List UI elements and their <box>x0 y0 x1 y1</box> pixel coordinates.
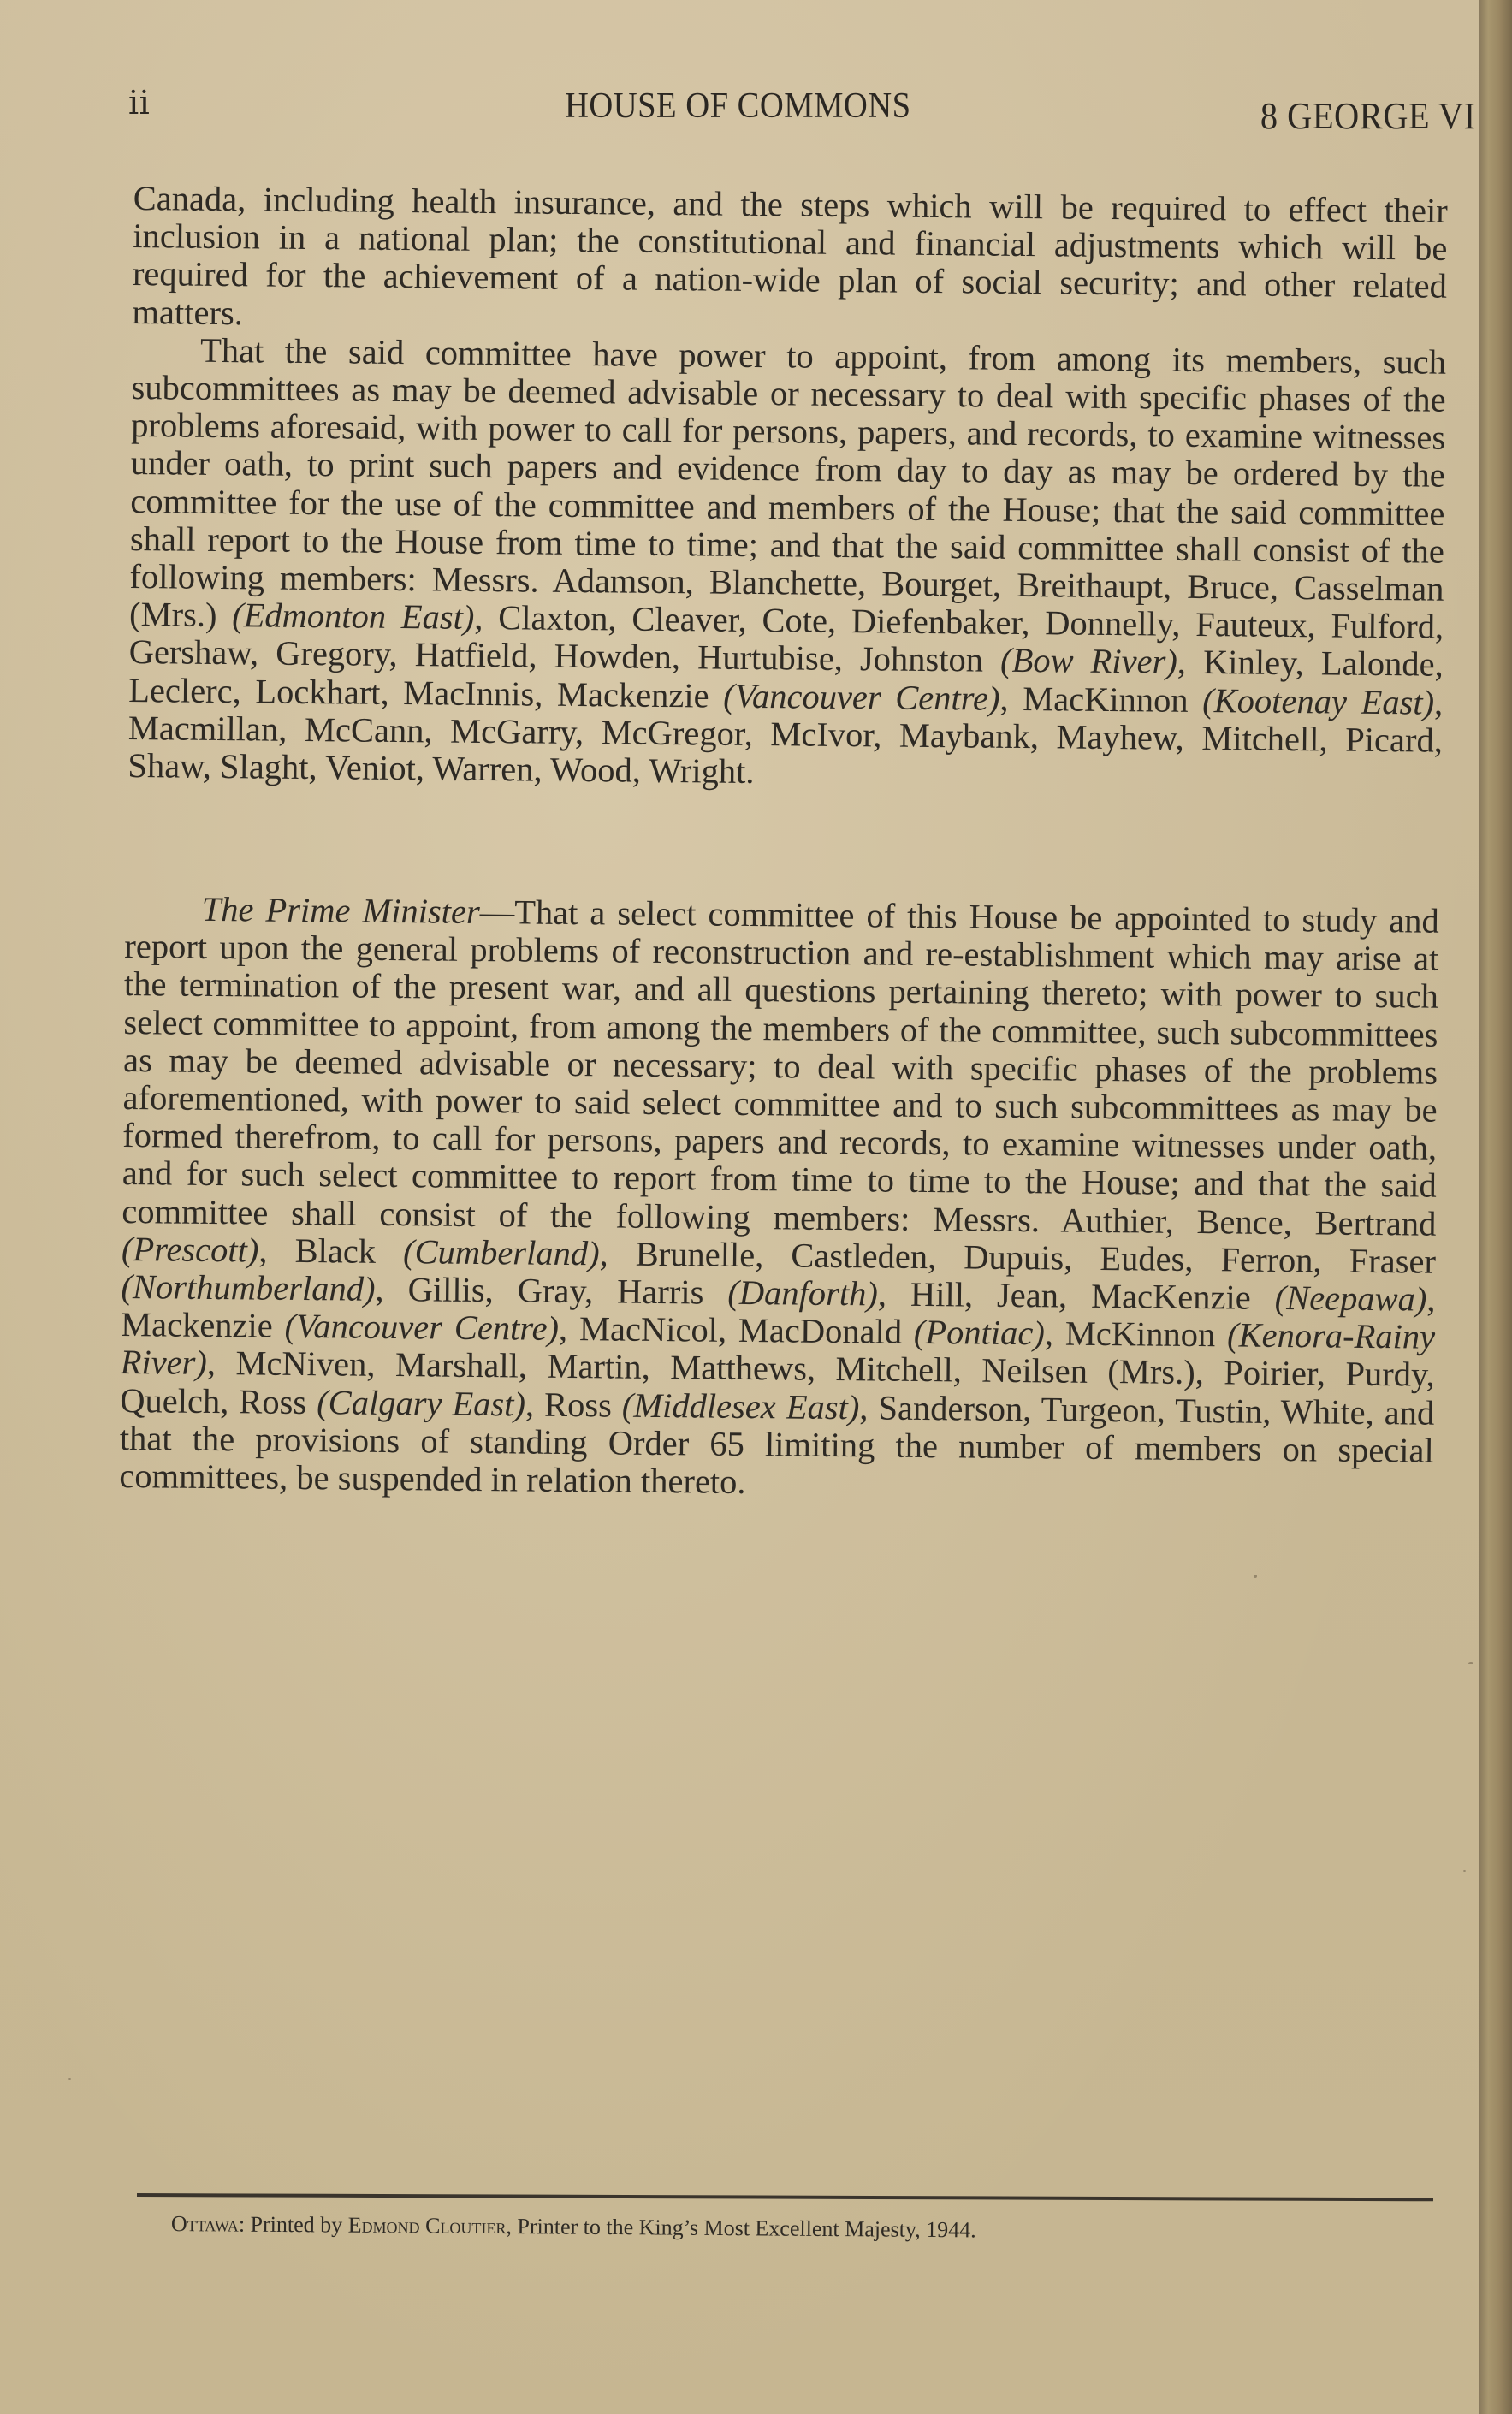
member-name: Ross <box>239 1382 306 1421</box>
member-name: Cleaver <box>631 600 738 639</box>
member-name: Mackenzie <box>557 674 709 715</box>
member-name: Eudes <box>1100 1239 1184 1278</box>
member-name: Blanchette <box>709 563 858 603</box>
member-name: Lockhart <box>255 672 381 711</box>
member-name: Turgeon <box>1041 1390 1156 1429</box>
member-name: Gray <box>518 1271 585 1310</box>
member-name: Wood <box>550 750 632 790</box>
member-name: Adamson <box>552 561 685 601</box>
motion-text: That a select committee of this House be… <box>122 893 1439 1239</box>
member-name: Macmillan <box>128 709 279 749</box>
member-name: MacDonald <box>738 1311 903 1351</box>
member-name: Bence <box>1196 1202 1284 1242</box>
member-riding: (Vancouver Centre) <box>284 1307 559 1348</box>
member-name: Neilsen (Mrs.) <box>981 1351 1195 1391</box>
member-name: Fulford <box>1331 607 1435 646</box>
member-name: MacKenzie <box>1091 1277 1251 1317</box>
member-name: Bourget <box>881 564 993 603</box>
member-name: Tustin <box>1175 1391 1263 1430</box>
paragraph-prime-minister-motion: The Prime Minister—That a select committ… <box>119 890 1439 1508</box>
member-name: Gregory <box>276 634 389 673</box>
member-name: Harris <box>617 1272 704 1312</box>
member-name: Matthews <box>670 1349 807 1389</box>
member-name: Mayhew <box>1056 717 1176 756</box>
member-name: Bertrand <box>1314 1203 1436 1243</box>
paper-speck <box>1463 1870 1466 1872</box>
member-name: Hatfield <box>415 636 529 675</box>
member-name: Sanderson <box>878 1388 1023 1428</box>
member-name: Veniot <box>325 748 416 787</box>
member-name: McCann <box>305 710 424 750</box>
paragraph-continuation: Canada, including health insurance, and … <box>132 180 1448 344</box>
member-name: Wright <box>649 751 746 791</box>
member-name: Kinley <box>1203 643 1296 682</box>
running-header: ii HOUSE OF COMMONS 8 GEORGE VI <box>128 84 1476 127</box>
member-name: McGregor <box>601 713 744 753</box>
member-name: Bruce <box>1187 567 1270 607</box>
member-riding: (Danforth) <box>727 1273 878 1314</box>
member-name: Shaw <box>127 746 203 786</box>
member-name: Ross <box>544 1385 612 1424</box>
member-name: MacNicol <box>579 1309 718 1349</box>
member-name: Johnston <box>860 640 983 679</box>
imprint-printed-by: Printed by <box>251 2212 343 2238</box>
member-riding: (Kootenay East) <box>1202 681 1434 722</box>
member-riding: (Northumberland) <box>121 1267 375 1308</box>
imprint-printer-name: Edmond Cloutier <box>348 2213 507 2239</box>
member-riding: (Calgary East) <box>317 1383 525 1423</box>
member-name: White <box>1280 1392 1365 1432</box>
paper-speck <box>68 2078 71 2080</box>
motion-social-security-committee: Canada, including health insurance, and … <box>127 180 1448 798</box>
paragraph-committee-powers: That the said committee have power to ap… <box>127 331 1446 798</box>
member-name: McNiven <box>235 1344 366 1384</box>
member-name: Marshall <box>395 1345 519 1385</box>
member-name: Slaght <box>220 747 309 786</box>
member-name: Ferron <box>1220 1240 1313 1279</box>
member-name: Quelch <box>120 1381 220 1421</box>
member-name: Maybank <box>899 715 1030 755</box>
member-riding: (Pontiac) <box>914 1313 1045 1352</box>
member-name: Warren <box>432 749 534 788</box>
member-name: Jean <box>997 1276 1058 1315</box>
member-name: Brunelle <box>636 1235 756 1274</box>
imprint-colon: : <box>239 2212 251 2237</box>
member-name: Martin <box>547 1347 642 1386</box>
member-name: Mitchell <box>1201 719 1319 758</box>
em-dash: — <box>479 893 514 931</box>
imprint-city: Ottawa <box>171 2211 239 2237</box>
member-name: Purdy <box>1345 1355 1426 1394</box>
member-name: Fraser <box>1349 1242 1437 1281</box>
member-name: Fauteux <box>1195 605 1307 644</box>
member-name: MacKinnon <box>1023 679 1189 720</box>
paper-speck <box>1254 1575 1257 1578</box>
member-name: McIvor <box>770 715 873 754</box>
member-name: Leclerc <box>128 671 233 710</box>
member-name: Breithaupt <box>1017 566 1163 606</box>
member-riding: (Bow River) <box>1000 641 1177 681</box>
printer-imprint: Ottawa: Printed by Edmond Cloutier, Prin… <box>171 2211 1284 2245</box>
member-name: MacInnis <box>403 673 534 713</box>
binding-edge <box>1480 0 1512 2414</box>
member-name: Mitchell <box>835 1349 953 1389</box>
member-name: Gershaw <box>128 632 250 672</box>
member-name: Diefenbaker <box>851 602 1022 642</box>
member-name: Authier <box>1060 1201 1165 1240</box>
member-list: Authier, Bence, Bertrand (Prescott), Bla… <box>120 1201 1436 1432</box>
member-riding: (Cumberland) <box>403 1232 600 1272</box>
member-name: Mackenzie <box>121 1305 273 1345</box>
imprint-comma: , <box>506 2214 512 2239</box>
member-name: Dupuis <box>964 1237 1064 1277</box>
member-name: Poirier <box>1224 1354 1317 1393</box>
motion-reconstruction-committee: The Prime Minister—That a select committ… <box>119 890 1439 1508</box>
member-name: McGarry <box>450 711 575 750</box>
member-name: Howden <box>554 637 672 676</box>
member-name: Picard <box>1345 720 1434 759</box>
member-name: Donnelly <box>1045 603 1172 643</box>
member-name: Lalonde <box>1321 644 1435 684</box>
member-riding: (Vancouver Centre) <box>723 676 1000 717</box>
mover-name: The Prime Minister <box>202 890 480 931</box>
member-riding: (Neepawa) <box>1274 1278 1426 1319</box>
member-riding: (Prescott) <box>122 1230 259 1270</box>
footer-rule <box>137 2193 1433 2201</box>
publication-title: HOUSE OF COMMONS <box>565 86 911 127</box>
member-name: Castleden <box>791 1236 928 1276</box>
page-folio: ii <box>128 84 150 122</box>
member-name: McKinnon <box>1065 1314 1216 1355</box>
scanned-page: ii HOUSE OF COMMONS 8 GEORGE VI Canada, … <box>0 0 1480 2414</box>
member-name: Black <box>294 1231 376 1271</box>
member-riding: (Middlesex East) <box>622 1385 860 1426</box>
member-riding: (Edmonton East) <box>232 596 475 637</box>
powers-text: That the said committee have power to ap… <box>129 331 1446 600</box>
member-name: Hurtubise <box>697 638 834 679</box>
imprint-printer-title: Printer to the King’s Most Excellent Maj… <box>517 2214 976 2242</box>
member-name: Cote <box>762 601 827 640</box>
paper-speck <box>1468 1662 1473 1664</box>
member-name: Hill <box>910 1275 964 1314</box>
member-name: Gillis <box>407 1270 484 1309</box>
member-name: Claxton <box>498 598 608 638</box>
regnal-year: 8 GEORGE VI <box>1260 94 1476 138</box>
